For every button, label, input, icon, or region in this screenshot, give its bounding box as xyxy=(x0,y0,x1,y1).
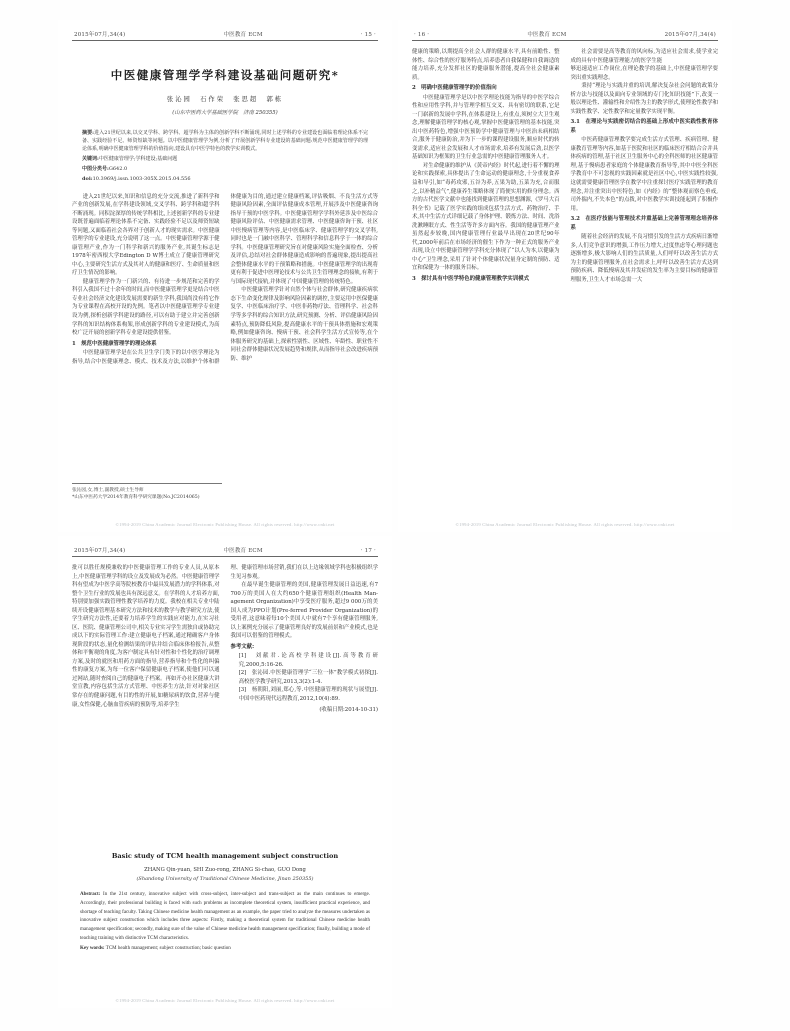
paragraph: 进入21世纪以来,知识和信息的充分交流,推进了新科学和产业的创新发展,在学科建设… xyxy=(72,193,220,278)
cnki-copyright-footer: ©1994-2019 China Academic Journal Electr… xyxy=(58,522,392,527)
english-abstract-label: Abstract: xyxy=(80,892,100,897)
page-header: 2015年07月,34(4) 中医教育 ECM · 15 · xyxy=(72,30,378,41)
abstract-text: 进入21世纪以来,以交叉学科、跨学科、超学科为主体的创新学科不断涌现,同时上述学… xyxy=(82,130,368,152)
english-keywords-label: Key words: xyxy=(80,946,105,951)
paragraph: 社会需要是高等教育的风向标,为适应社会需求,使学业完成的具有中医健康管理能力的医… xyxy=(571,48,719,65)
reference-item: [2] 张沁园.中医健康管理学“三位一体”教学模式初探[J].高校医学教学研究,… xyxy=(231,669,379,686)
journal-page-17: 2015年07月,34(4) 中医教育 ECM · 17 · 批可以胜任规模兼收… xyxy=(58,536,392,1008)
page-header: 2015年07月,34(4) 中医教育 ECM · 17 · xyxy=(72,546,378,557)
paragraph: 对生命健康的维护从《黄帝内经》时代起,进行着不懈的理论和实践探索,具体提出了生命… xyxy=(412,162,560,273)
doi-text: 10.3969/j.issn.1003-305X.2015.04.556 xyxy=(93,176,191,182)
english-affiliation: (Shandong University of Traditional Chin… xyxy=(72,876,378,882)
section-heading: 3.1 在理论与实践密切结合的基础上形成中医实践性教育体系 xyxy=(571,118,719,135)
section-heading: 3.2 在医疗技能与管理技术并重基础上完善管理理念培养体系 xyxy=(571,215,719,232)
footnote-author-bio: 张沁园,女,博士,副教授,硕士生导师 xyxy=(72,487,222,495)
header-issue-date: 2015年07月,34(4) xyxy=(74,546,125,554)
header-page-number: · 15 · xyxy=(361,32,376,38)
paragraph: 健康的策略,以期提高全社会人群的健康水平,具有前瞻性、整体性、综合性的医疗服务特… xyxy=(412,48,560,82)
paragraph: 理、健康管理市场营销,我们在以上边缘领域学科也积极组织学生见习参观。 xyxy=(231,564,379,581)
section-heading: 2 明确中医健康管理学的价值指向 xyxy=(412,84,560,93)
paragraph: 中医健康管理学是以中医学理论技能为指导的中医学综合性和应用性学科,并与管理学相互… xyxy=(412,94,560,162)
article-affiliation: (山东中医药大学基础医学院 济南 250355) xyxy=(72,108,378,116)
header-page-number: · 16 · xyxy=(414,32,429,38)
author-footnote: 张沁园,女,博士,副教授,硕士生导师 *山东中医药大学2014年教育科学研究课题… xyxy=(72,483,222,502)
journal-page-15: 2015年07月,34(4) 中医教育 ECM · 15 · 中医健康管理学学科… xyxy=(58,20,392,532)
english-title: Basic study of TCM health management sub… xyxy=(72,852,378,860)
keywords-line: 关键词:中医健康管理学;学科建设;基础问题 xyxy=(82,155,368,163)
header-page-number: · 17 · xyxy=(361,548,376,554)
body-columns: 健康的策略,以期提高全社会人群的健康水平,具有前瞻性、整体性、综合性的医疗服务特… xyxy=(412,48,718,502)
paragraph: 秉持“理论与实践并重的培训,解决复杂社会问题的政策分析方法与技能以及面向专业领域… xyxy=(571,82,719,116)
header-journal-name: 中医教育 ECM xyxy=(527,30,566,38)
doi-label: doi: xyxy=(82,176,93,182)
english-abstract-block: Basic study of TCM health management sub… xyxy=(72,852,378,951)
abstract-label: 摘要: xyxy=(82,130,94,136)
clc-text: G642.0 xyxy=(109,166,127,172)
article-authors: 张沁园 石作荣 张思超 郭栋 xyxy=(72,94,378,103)
page-header: · 16 · 中医教育 ECM 2015年07月,34(4) xyxy=(412,30,718,41)
reference-item: [1] 刘献君.论高校学科建设[J].高等教育研究,2000,5:16-26. xyxy=(231,652,379,669)
keywords-text: 中医健康管理学;学科建设;基础问题 xyxy=(99,156,177,162)
paragraph: 中医药健康管理教学要完成生活方式管理、疾病管理、健康教育管理等内容,如基于医院和… xyxy=(571,136,719,213)
clc-line: 中图分类号:G642.0 xyxy=(82,165,368,173)
article-title: 中医健康管理学学科建设基础问题研究* xyxy=(72,67,378,83)
english-keywords-line: Key words: TCM health management; subjec… xyxy=(80,946,370,951)
cnki-copyright-footer: ©1994-2019 China Academic Journal Electr… xyxy=(58,998,392,1003)
section-heading: 1 规范中医健康管理学的理论体系 xyxy=(72,340,220,349)
header-journal-name: 中医教育 ECM xyxy=(223,546,262,554)
header-issue-date: 2015年07月,34(4) xyxy=(665,30,716,38)
paragraph: 健康管理学作为一门新兴的、有待进一步规范和完善的学科引入我国不过十余年的时间,而… xyxy=(72,278,220,338)
received-date: (收稿日期:2014-10-31) xyxy=(231,706,379,715)
paragraph: 批可以胜任规模兼收的中医健康管理工作的专业人员,从原本上,中医健康管理学科的设立… xyxy=(72,564,220,709)
doi-line: doi:10.3969/j.issn.1003-305X.2015.04.556 xyxy=(82,175,368,183)
body-columns: 进入21世纪以来,知识和信息的充分交流,推进了新科学和产业的创新发展,在学科建设… xyxy=(72,193,378,405)
section-heading: 3 探讨具有中医学特色的健康管理教学实训模式 xyxy=(412,275,560,284)
footnote-fund: *山东中医药大学2014年教育科学研究课题(No.JC2014065) xyxy=(72,494,222,502)
paragraph: 中医健康管理学针对自然个体与社会群体,研究健康疾病状态下生命变化规律及影响风险因… xyxy=(231,286,379,363)
english-authors: ZHANG Qin-yuan, SHI Zuo-rong, ZHANG Si-c… xyxy=(72,867,378,873)
paragraph: 随着社会经济的发展,不良习惯引发的生活方式疾病日渐增多,人们竞争意识的增强,工作… xyxy=(571,233,719,284)
cnki-copyright-footer: ©1994-2019 China Academic Journal Electr… xyxy=(398,522,732,527)
paragraph: 在最早诞生健康管理的美国,健康管理发展日益迅速,有7 700万的美国人在大约65… xyxy=(231,581,379,641)
abstract-block: 摘要:进入21世纪以来,以交叉学科、跨学科、超学科为主体的创新学科不断涌现,同时… xyxy=(82,129,368,184)
english-abstract-text: In the 21st century, innovative subject … xyxy=(80,892,370,941)
english-keywords-text: TCM health management; subject construct… xyxy=(106,946,231,951)
keywords-label: 关键词: xyxy=(82,156,99,162)
reference-item: [3] 杨朝阳,刘丽,郑心,等.中医健康管理的现状与展望[J].中国中医药现代远… xyxy=(231,686,379,703)
journal-page-16: · 16 · 中医教育 ECM 2015年07月,34(4) 健康的策略,以期提… xyxy=(398,20,732,532)
paragraph: 够迅速适应工作岗位,在理论教学的基础上,中医健康管理学要突出重实践理念。 xyxy=(571,65,719,82)
clc-label: 中图分类号: xyxy=(82,166,109,172)
abstract-paragraph: 摘要:进入21世纪以来,以交叉学科、跨学科、超学科为主体的创新学科不断涌现,同时… xyxy=(82,129,368,153)
body-columns: 批可以胜任规模兼收的中医健康管理工作的专业人员,从原本上,中医健康管理学科的设立… xyxy=(72,564,378,842)
references-heading: 参考文献: xyxy=(231,643,379,652)
header-issue-date: 2015年07月,34(4) xyxy=(74,30,125,38)
header-journal-name: 中医教育 ECM xyxy=(223,30,262,38)
english-abstract: Abstract: In the 21st century, innovativ… xyxy=(80,891,370,944)
